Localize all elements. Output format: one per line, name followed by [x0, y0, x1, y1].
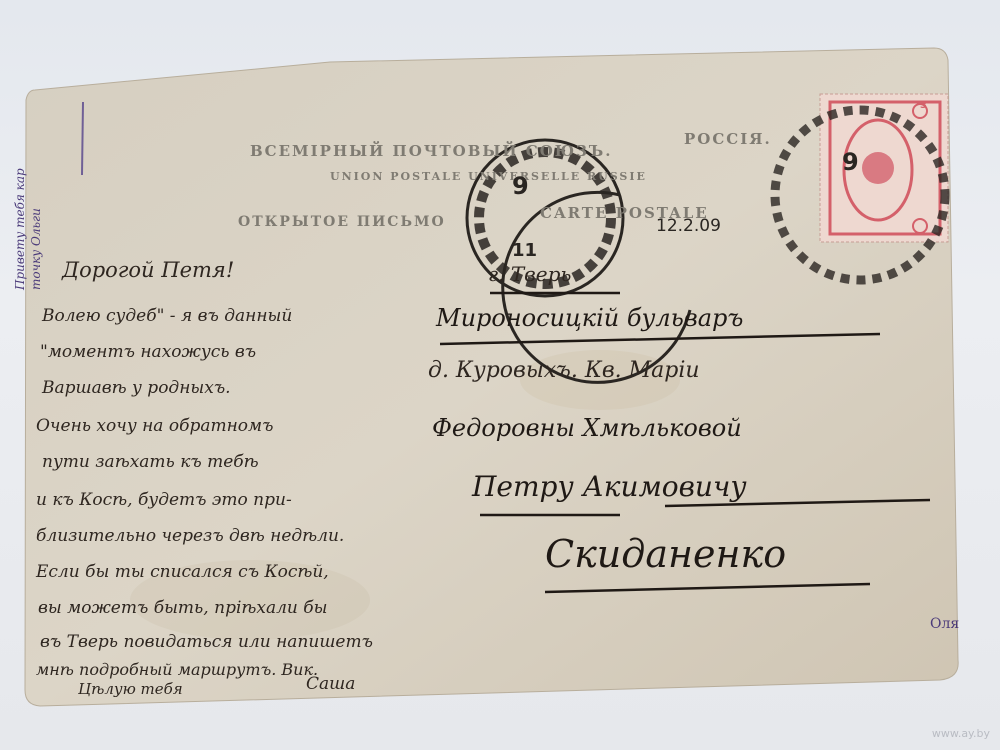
message-line-2: "моментъ нахожусь въ [40, 342, 256, 362]
message-line-3: Варшавѣ у родныхъ. [42, 378, 231, 398]
stamp-value: 3 [920, 100, 927, 111]
postmark-left-month: 11 [512, 240, 537, 261]
message-closing: Цѣлую тебя [78, 680, 183, 698]
message-line-6: и къ Косѣ, будетъ это при- [36, 490, 292, 510]
message-line-8: Если бы ты списался съ Косѣй, [36, 562, 329, 582]
postmark-right-day: 9 [842, 148, 859, 176]
message-line-4: Очень хочу на обратномъ [36, 416, 273, 436]
message-line-7: близительно черезъ двѣ недѣли. [36, 526, 344, 546]
message-line-9: вы можетъ быть, прiѣхали бы [38, 598, 328, 618]
postcard-photo: ВСЕМIРНЫЙ ПОЧТОВЫЙ СОЮЗЪ. РОССIЯ. UNION … [0, 0, 1000, 750]
printed-header-line2: UNION POSTALE UNIVERSELLE RUSSIE [330, 170, 647, 183]
printed-header-line1: ВСЕМIРНЫЙ ПОЧТОВЫЙ СОЮЗЪ. [250, 142, 613, 160]
message-line-5: пути заѣхать къ тебѣ [42, 452, 259, 472]
watermark: www.ay.by [932, 727, 990, 740]
recipient-name: Петру Акимовичу [472, 470, 747, 503]
postmark-left-day: 9 [512, 172, 529, 200]
message-line-11: мнѣ подробный маршрутъ. Вик. [36, 660, 318, 679]
margin-note-line1: Привету тебя кар [12, 168, 28, 290]
printed-header-russia: РОССIЯ. [684, 130, 772, 148]
postage-stamp [820, 94, 948, 242]
message-line-10: въ Тверь повидаться или напишетъ [40, 632, 373, 652]
recipient-surname: Скиданенко [545, 532, 786, 576]
printed-header-line3-left: ОТКРЫТОЕ ПИСЬМО [238, 214, 446, 230]
address-street: Мироносицкiй бульваръ [436, 304, 743, 332]
address-house: д. Куровыхъ. Кв. Марiи [428, 358, 700, 383]
address-city: г. Тверь [488, 262, 571, 286]
margin-note-line2: точку Ольги [28, 168, 44, 290]
pencil-note: Оля [930, 616, 959, 632]
address-line3: Федоровны Хмѣльковой [432, 414, 742, 442]
message-signature: Саша [306, 674, 355, 694]
margin-note: Привету тебя кар точку Ольги [12, 168, 44, 290]
salutation: Дорогой Петя! [62, 258, 234, 282]
message-line-1: Волею судеб" - я въ данный [42, 306, 292, 326]
postmark-center-date: 12.2.09 [656, 216, 721, 236]
